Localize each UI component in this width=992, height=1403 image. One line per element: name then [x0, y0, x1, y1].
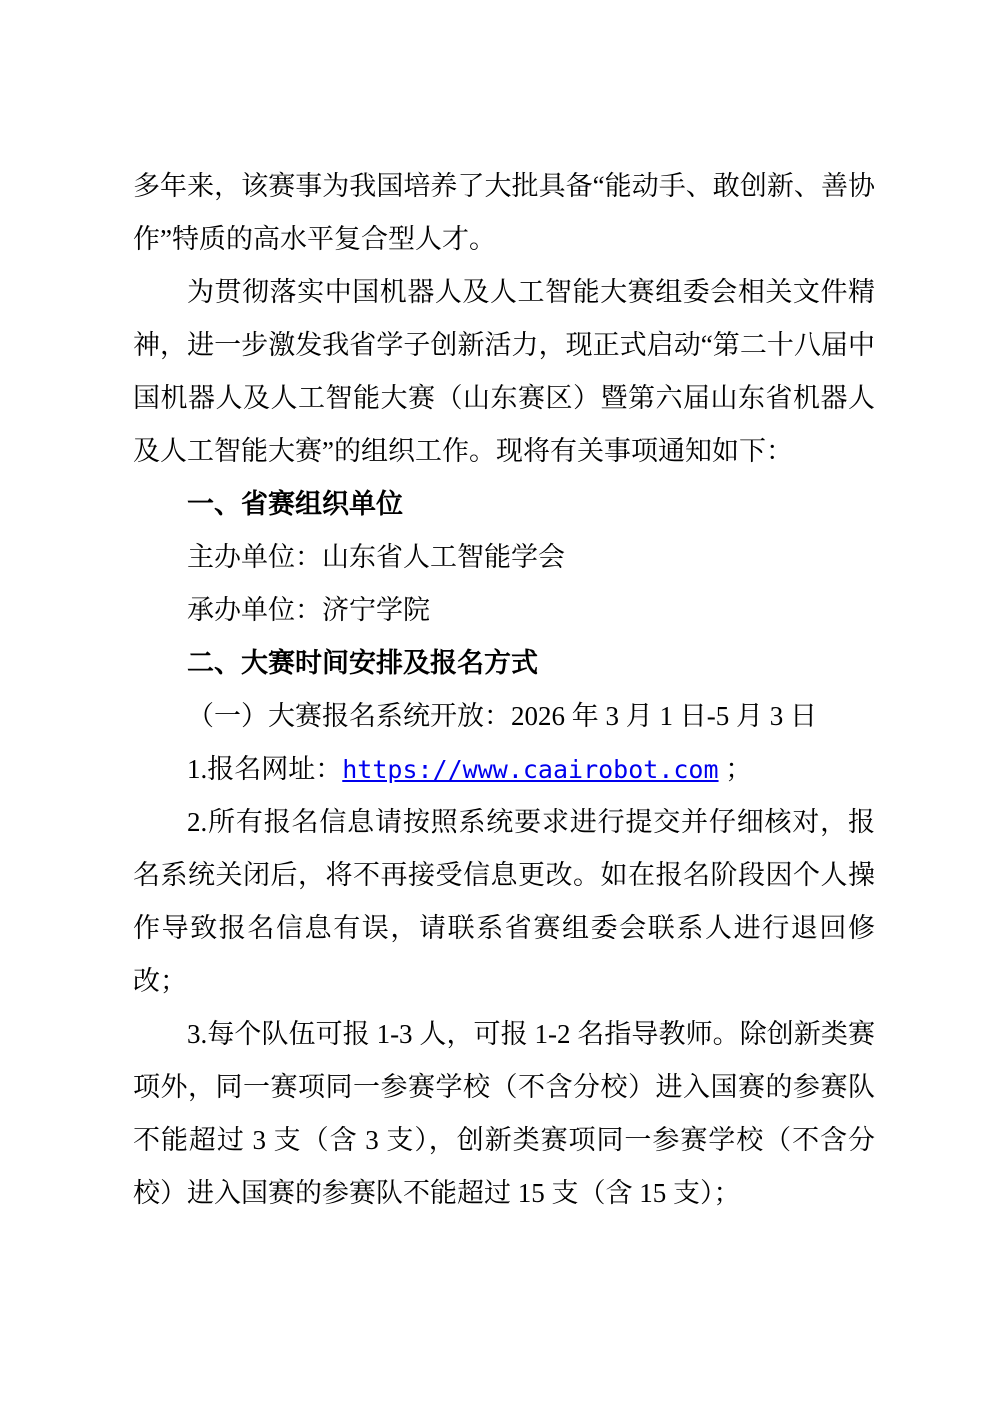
document-page: 多年来，该赛事为我国培养了大批具备“能动手、敢创新、善协作”特质的高水平复合型人…: [0, 0, 992, 1403]
registration-url-line: 1.报名网址：https://www.caairobot.com ；: [133, 743, 875, 796]
registration-url-label: 1.报名网址：: [187, 754, 342, 784]
registration-note-paragraph: 2.所有报名信息请按照系统要求进行提交并仔细核对，报名系统关闭后，将不再接受信息…: [133, 796, 875, 1008]
host-unit-line: 主办单位：山东省人工智能学会: [133, 531, 875, 584]
section2-heading: 二、大赛时间安排及报名方式: [133, 637, 875, 690]
document-content: 多年来，该赛事为我国培养了大批具备“能动手、敢创新、善协作”特质的高水平复合型人…: [133, 160, 875, 1220]
registration-url-link[interactable]: https://www.caairobot.com: [342, 755, 718, 784]
registration-window-line: （一）大赛报名系统开放：2026 年 3 月 1 日-5 月 3 日: [133, 690, 875, 743]
section1-heading: 一、省赛组织单位: [133, 478, 875, 531]
organizer-unit-line: 承办单位：济宁学院: [133, 584, 875, 637]
team-quota-paragraph: 3.每个队伍可报 1-3 人，可报 1-2 名指导教师。除创新类赛项外，同一赛项…: [133, 1008, 875, 1220]
registration-url-suffix: ；: [719, 754, 753, 784]
continued-paragraph: 多年来，该赛事为我国培养了大批具备“能动手、敢创新、善协作”特质的高水平复合型人…: [133, 160, 875, 266]
intro-paragraph: 为贯彻落实中国机器人及人工智能大赛组委会相关文件精神，进一步激发我省学子创新活力…: [133, 266, 875, 478]
